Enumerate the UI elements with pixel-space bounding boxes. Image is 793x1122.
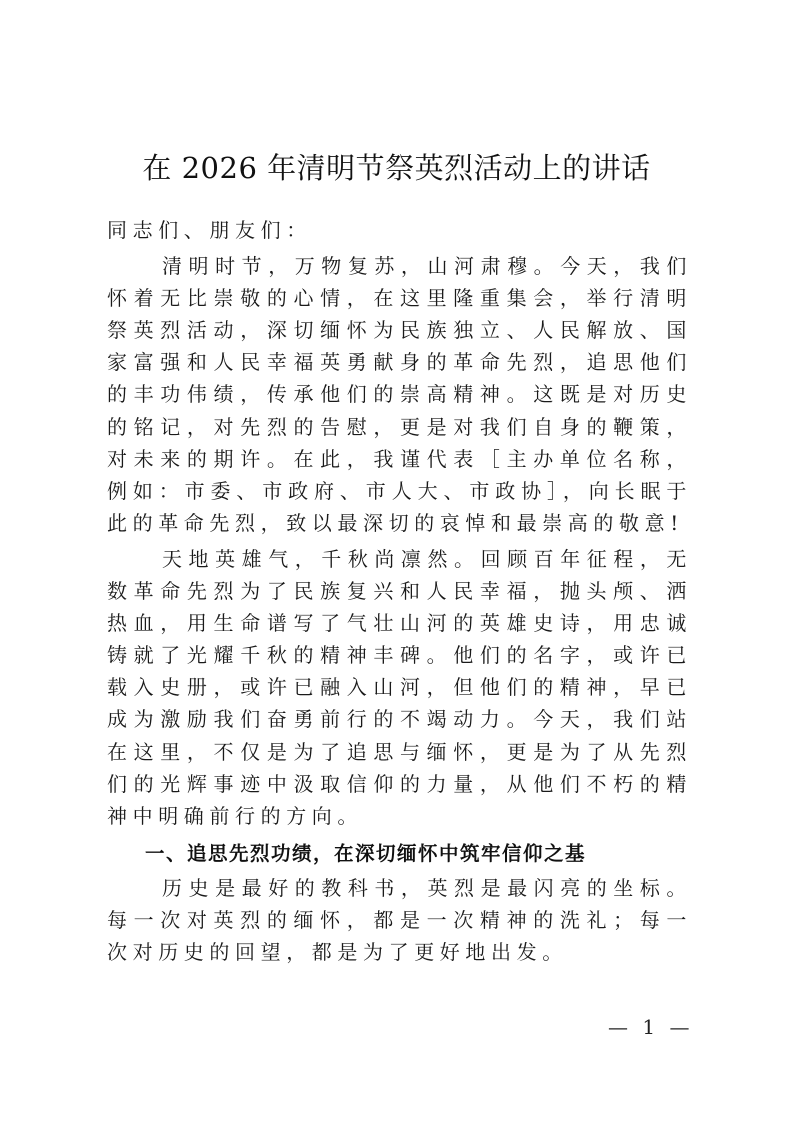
page-number: — 1 — xyxy=(608,1015,693,1039)
paragraph-heroes: 天地英雄气，千秋尚凛然。回顾百年征程，无数革命先烈为了民族复兴和人民幸福，抛头颅… xyxy=(107,543,692,832)
paragraph-intro: 清明时节，万物复苏，山河肃穆。今天，我们怀着无比崇敬的心情，在这里隆重集会，举行… xyxy=(107,250,692,539)
document-title: 在 2026 年清明节祭英烈活动上的讲话 xyxy=(0,148,793,188)
document-page: 在 2026 年清明节祭英烈活动上的讲话 同志们、朋友们： 清明时节，万物复苏，… xyxy=(0,0,793,1122)
paragraph-section-1: 历史是最好的教科书，英烈是最闪亮的坐标。每一次对英烈的缅怀，都是一次精神的洗礼；… xyxy=(107,872,692,968)
document-body: 同志们、朋友们： 清明时节，万物复苏，山河肃穆。今天，我们怀着无比崇敬的心情，在… xyxy=(107,214,692,968)
salutation: 同志们、朋友们： xyxy=(107,214,692,246)
section-heading-1: 一、追思先烈功绩，在深切缅怀中筑牢信仰之基 xyxy=(107,838,692,870)
